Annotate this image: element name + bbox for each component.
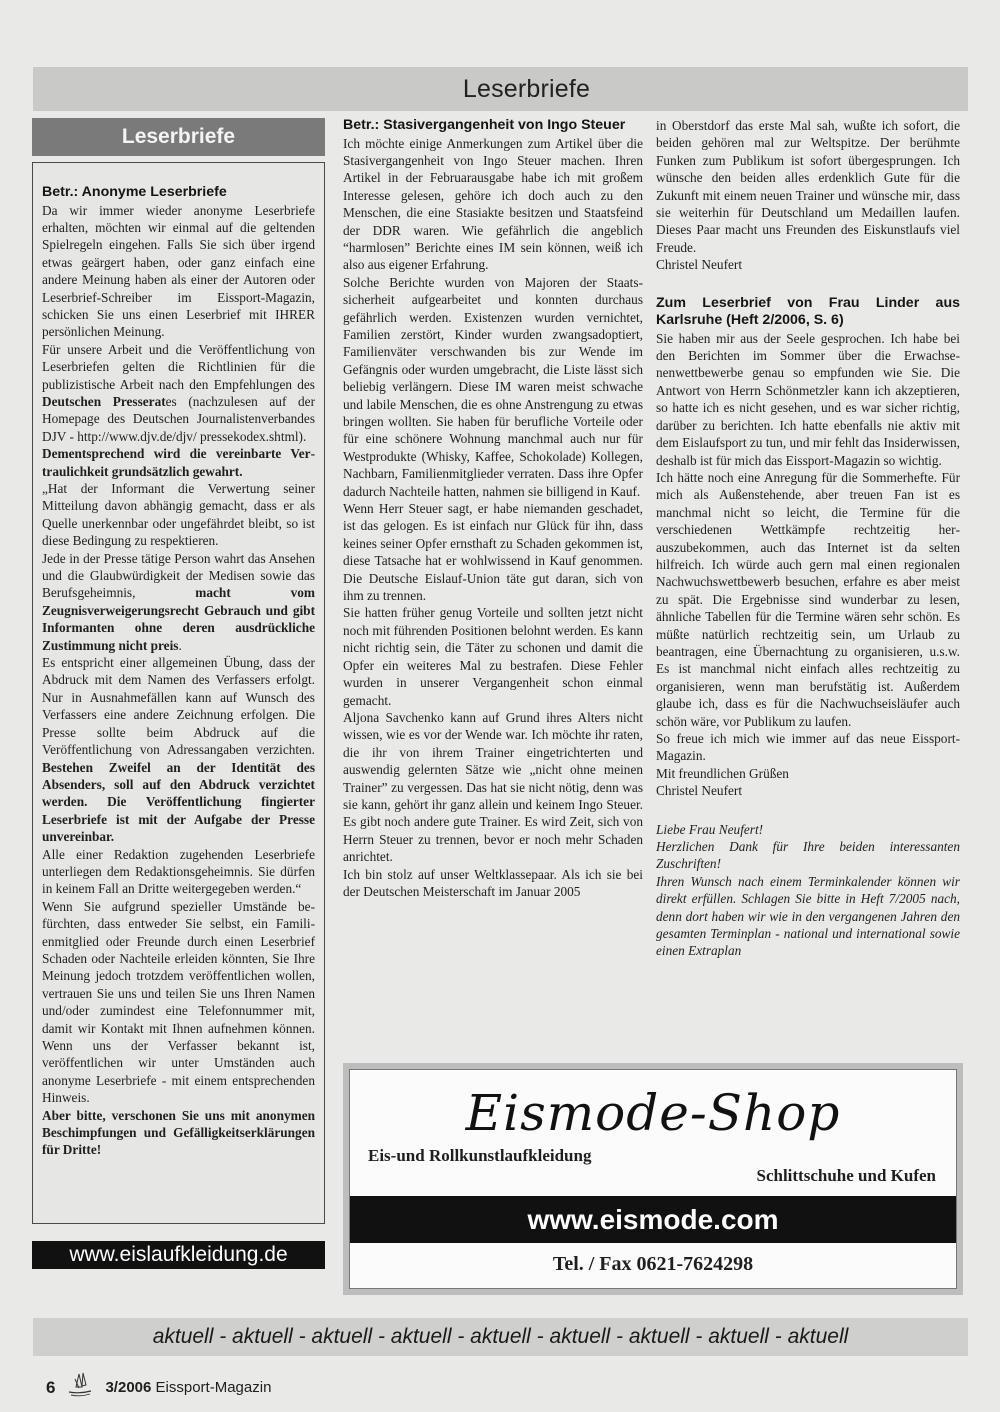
paragraph: Sie hatten früher genug Vorteile und sol… (343, 604, 643, 708)
paragraph: Ich hätte noch eine Anregung für die Som… (656, 469, 960, 730)
paragraph: Herzlichen Dank für Ihre beiden interess… (656, 838, 960, 873)
eismode-url-banner[interactable]: www.eismode.com (350, 1196, 956, 1243)
eismode-advertisement: Eismode-Shop Eis-und Rollkunstlaufkleidu… (343, 1063, 963, 1295)
text: . (178, 638, 181, 653)
eislaufkleidung-url[interactable]: www.eislaufkleidung.de (69, 1243, 287, 1267)
eislaufkleidung-link-banner[interactable]: www.eislaufkleidung.de (32, 1241, 325, 1269)
ad-inner: Eismode-Shop Eis-und Rollkunstlaufkleidu… (349, 1069, 957, 1289)
editor-reply: Liebe Frau Neufert! Herzlichen Dank für … (656, 821, 960, 960)
paragraph: Da wir immer wieder anonyme Leserbriefe … (42, 202, 315, 341)
ad-tagline-right: Schlittschuhe und Kufen (757, 1166, 937, 1186)
paragraph: „Hat der Informant die Verwertung seiner… (42, 480, 315, 550)
paragraph: Ich möchte einige Anmerkungen zum Artike… (343, 135, 643, 274)
bold-text: Deutschen Presserat (42, 394, 166, 409)
bold-text: Bestehen Zweifel an der Identität des Ab… (42, 760, 315, 845)
eismode-logo: Eismode-Shop (350, 1084, 956, 1142)
paragraph: Für unsere Arbeit und die Veröffentlichu… (42, 341, 315, 445)
paragraph: in Oberstdorf das erste Mal sah, wußte i… (656, 117, 960, 256)
paragraph: Wenn Herr Steuer sagt, er habe niemanden… (343, 500, 643, 604)
signature: Christel Neufert (656, 256, 960, 273)
paragraph: Ich bin stolz auf unser Weltklassepaar. … (343, 866, 643, 901)
left-box-header: Leserbriefe (32, 118, 325, 156)
paragraph-bold: Aber bitte, verschonen Sie uns mit anony… (42, 1107, 315, 1159)
eismode-url[interactable]: www.eismode.com (527, 1204, 778, 1236)
aktuell-ticker-bar: aktuell - aktuell - aktuell - aktuell - … (33, 1318, 968, 1356)
section-title: Leserbriefe (463, 75, 590, 104)
paragraph: Es entspricht einer allgemeinen Übung, d… (42, 654, 315, 845)
paragraph: Alle einer Redaktion zugehenden Leserbri… (42, 846, 315, 898)
paragraph-bold: Dementsprechend wird die vereinbarte Ver… (42, 445, 315, 480)
page-footer: 6 3/2006 Eissport-Magazin (46, 1371, 271, 1404)
left-box-title: Leserbriefe (122, 125, 235, 149)
paragraph: Sie haben mir aus der Seele gesprochen. … (656, 330, 960, 469)
paragraph: Aljona Savchenko kann auf Grund ihres Al… (343, 709, 643, 866)
ad-tagline-left: Eis-und Rollkunstlaufkleidung (368, 1146, 591, 1166)
greeting: Mit freundlichen Grüßen (656, 765, 960, 782)
paragraph: Solche Berichte wurden von Majoren der S… (343, 274, 643, 500)
paragraph: Wenn Sie aufgrund spezieller Umstände be… (42, 898, 315, 1107)
middle-column-article: Betr.: Stasivergangenheit von Ingo Steue… (343, 117, 643, 900)
issue-number: 3/2006 (105, 1379, 151, 1396)
text: Es entspricht einer allgemeinen Übung, d… (42, 655, 315, 757)
article-headline: Betr.: Anonyme Leserbriefe (42, 184, 315, 202)
signature: Christel Neufert (656, 782, 960, 799)
left-column: Leserbriefe Betr.: Anonyme Leserbriefe D… (32, 118, 325, 1269)
text: Für unsere Arbeit und die Veröffentlichu… (42, 342, 315, 392)
article-headline: Zum Leserbrief von Frau Linder aus Karls… (656, 295, 960, 330)
article-headline: Betr.: Stasivergangenheit von Ingo Steue… (343, 117, 643, 135)
aktuell-ticker: aktuell - aktuell - aktuell - aktuell - … (153, 1325, 849, 1349)
right-column: in Oberstdorf das erste Mal sah, wußte i… (656, 117, 960, 960)
anonymous-letters-notice: Betr.: Anonyme Leserbriefe Da wir immer … (32, 162, 325, 1224)
magazine-name: Eissport-Magazin (156, 1379, 272, 1396)
reply-salutation: Liebe Frau Neufert! (656, 821, 960, 838)
paragraph: So freue ich mich wie immer auf das neue… (656, 730, 960, 765)
paragraph: Jede in der Presse tätige Person wahrt d… (42, 550, 315, 654)
section-header: Leserbriefe (33, 67, 968, 111)
paragraph: Ihren Wunsch nach einem Terminkalender k… (656, 873, 960, 960)
skater-logo-icon (65, 1371, 95, 1404)
page-number: 6 (46, 1378, 55, 1398)
ad-phone: Tel. / Fax 0621-7624298 (350, 1253, 956, 1276)
issue-info: 3/2006 Eissport-Magazin (105, 1379, 271, 1396)
